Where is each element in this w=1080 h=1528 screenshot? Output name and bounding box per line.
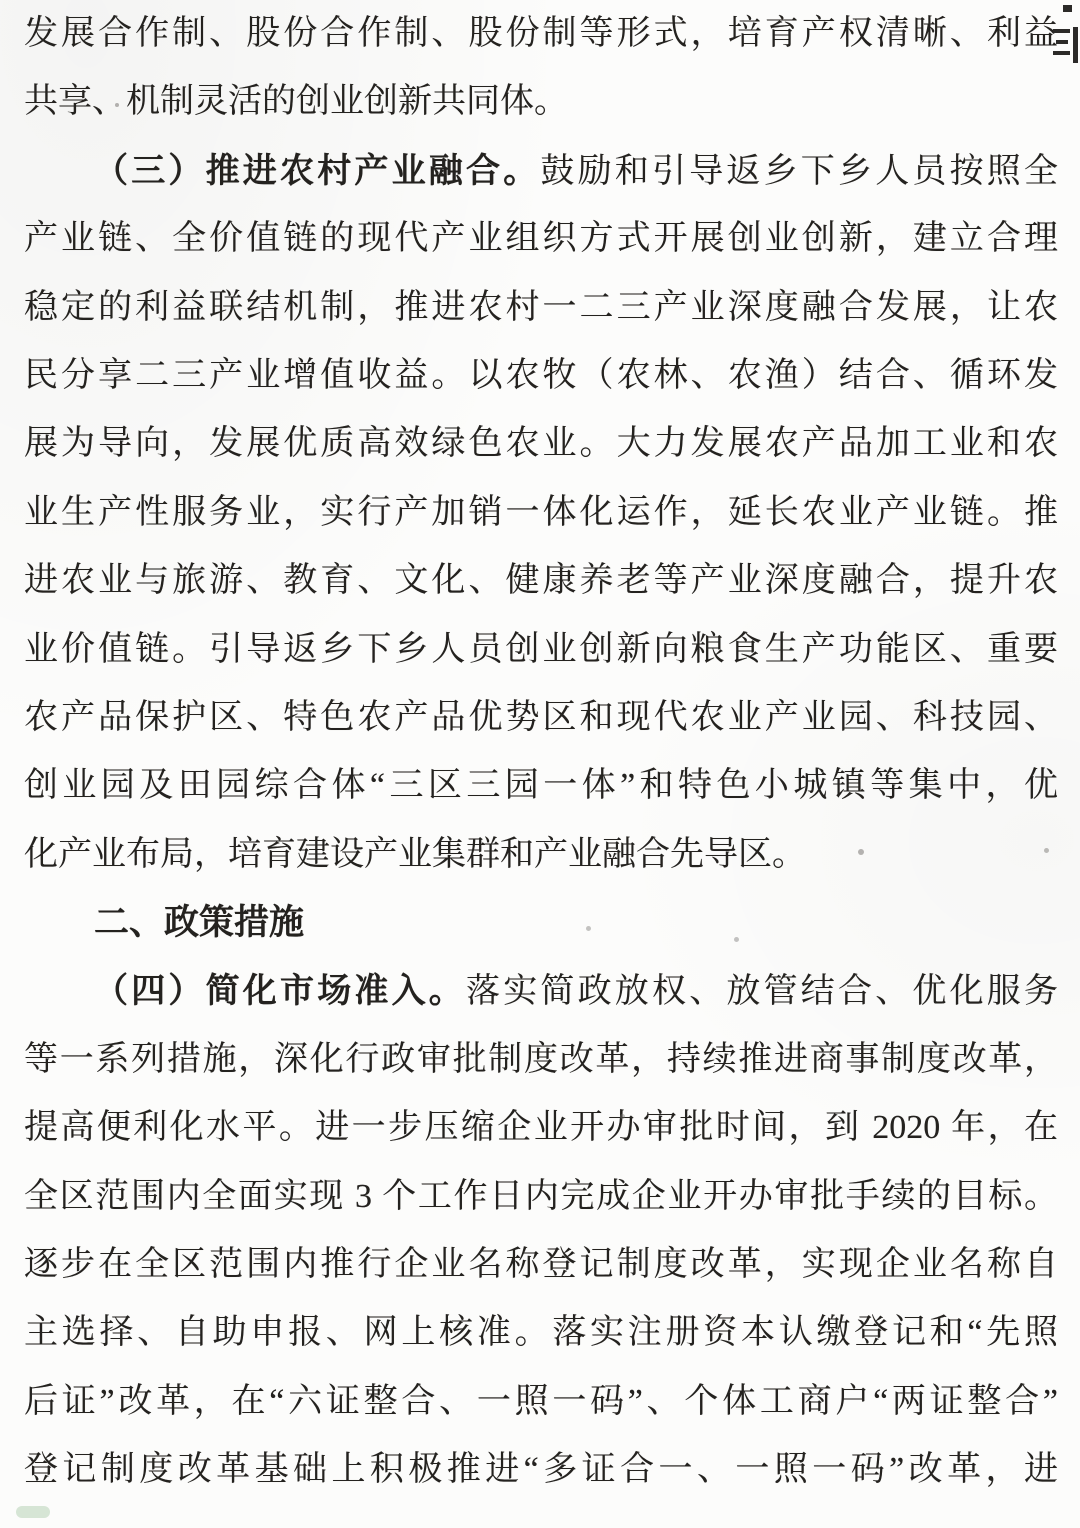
line-text: 业价值链。引导返乡下乡人员创业创新向粮食生产功能区、重要 xyxy=(24,631,1058,668)
text-line: （三）推进农村产业融合。鼓励和引导返乡下乡人员按照全 xyxy=(24,137,1058,205)
scan-speck xyxy=(1044,848,1049,853)
scan-speck xyxy=(858,849,864,855)
line-text: 落实简政放权、放管结合、优化服务 xyxy=(466,973,1058,1010)
line-text: 进农业与旅游、教育、文化、健康养老等产业深度融合，提升农 xyxy=(24,562,1058,599)
scan-artifact-fragment xyxy=(1053,51,1070,55)
line-text: 产业链、全价值链的现代产业组织方式开展创业创新，建立合理 xyxy=(24,220,1058,257)
text-line: 主选择、自助申报、网上核准。落实注册资本认缴登记和“先照 xyxy=(24,1299,1058,1367)
line-text: 稳定的利益联结机制，推进农村一二三产业深度融合发展，让农 xyxy=(24,289,1058,326)
text-line: 等一系列措施，深化行政审批制度改革，持续推进商事制度改革， xyxy=(24,1026,1058,1094)
line-text: 后证”改革，在“六证整合、一照一码”、个体工商户“两证整合” xyxy=(24,1383,1058,1420)
line-text: 发展合作制、股份合作制、股份制等形式，培育产权清晰、利益 xyxy=(24,15,1058,52)
section-2-heading: 二、政策措施 xyxy=(94,903,304,942)
scan-smudge xyxy=(16,1506,50,1518)
text-line: 全区范围内全面实现 3 个工作日内完成企业开办审批手续的目标。 xyxy=(24,1163,1058,1231)
text-line: 展为导向，发展优质高效绿色农业。大力发展农产品加工业和农 xyxy=(24,410,1058,478)
line-text: 逐步在全区范围内推行企业名称登记制度改革，实现企业名称自 xyxy=(24,1246,1058,1283)
section-3-heading: （三）推进农村产业融合。 xyxy=(94,152,540,190)
text-line: 后证”改革，在“六证整合、一照一码”、个体工商户“两证整合” xyxy=(24,1368,1058,1436)
line-text: 创业园及田园综合体“三区三园一体”和特色小城镇等集中，优 xyxy=(24,767,1058,804)
text-line: 发展合作制、股份合作制、股份制等形式，培育产权清晰、利益 xyxy=(24,0,1058,68)
section-4-heading: （四）简化市场准入。 xyxy=(94,972,466,1010)
scan-speck xyxy=(734,937,739,942)
line-text: 共享、机制灵活的创业创新共同体。 xyxy=(24,83,568,120)
scan-speck xyxy=(586,926,591,931)
text-line: 稳定的利益联结机制，推进农村一二三产业深度融合发展，让农 xyxy=(24,274,1058,342)
text-line: 业价值链。引导返乡下乡人员创业创新向粮食生产功能区、重要 xyxy=(24,616,1058,684)
scan-speck xyxy=(115,103,119,107)
text-line: 登记制度改革基础上积极推进“多证合一、一照一码”改革，进 xyxy=(24,1436,1058,1504)
scan-artifact-fragment xyxy=(1073,27,1078,63)
line-text: 等一系列措施，深化行政审批制度改革，持续推进商事制度改革， xyxy=(24,1041,1058,1078)
text-line: 共享、机制灵活的创业创新共同体。 xyxy=(24,68,1058,136)
line-text: 鼓励和引导返乡下乡人员按照全 xyxy=(540,153,1058,190)
line-text: 业生产性服务业，实行产加销一体化运作，延长农业产业链。推 xyxy=(24,494,1058,531)
text-line: 产业链、全价值链的现代产业组织方式开展创业创新，建立合理 xyxy=(24,205,1058,273)
line-text: 化产业布局，培育建设产业集群和产业融合先导区。 xyxy=(24,836,806,873)
text-line: 逐步在全区范围内推行企业名称登记制度改革，实现企业名称自 xyxy=(24,1231,1058,1299)
line-text: 展为导向，发展优质高效绿色农业。大力发展农产品加工业和农 xyxy=(24,425,1058,462)
text-line: （四）简化市场准入。落实简政放权、放管结合、优化服务 xyxy=(24,957,1058,1025)
document-body: 发展合作制、股份合作制、股份制等形式，培育产权清晰、利益 共享、机制灵活的创业创… xyxy=(0,0,1080,1505)
line-text: 主选择、自助申报、网上核准。落实注册资本认缴登记和“先照 xyxy=(24,1314,1058,1351)
scan-speck xyxy=(620,1114,625,1119)
scan-artifact-fragment xyxy=(1063,5,1072,12)
text-line: 农产品保护区、特色农产品优势区和现代农业产业园、科技园、 xyxy=(24,684,1058,752)
text-line: 民分享二三产业增值收益。以农牧（农林、农渔）结合、循环发 xyxy=(24,342,1058,410)
scan-artifact-fragment xyxy=(1056,40,1068,44)
section-2-heading-line: 二、政策措施 xyxy=(24,889,1058,957)
line-text: 全区范围内全面实现 3 个工作日内完成企业开办审批手续的目标。 xyxy=(24,1178,1058,1215)
line-text: 登记制度改革基础上积极推进“多证合一、一照一码”改革，进 xyxy=(24,1451,1058,1488)
line-text: 提高便利化水平。进一步压缩企业开办审批时间，到 2020 年，在 xyxy=(24,1109,1058,1146)
text-line: 业生产性服务业，实行产加销一体化运作，延长农业产业链。推 xyxy=(24,479,1058,547)
text-line: 创业园及田园综合体“三区三园一体”和特色小城镇等集中，优 xyxy=(24,752,1058,820)
text-line: 提高便利化水平。进一步压缩企业开办审批时间，到 2020 年，在 xyxy=(24,1094,1058,1162)
scan-artifact-fragment xyxy=(1053,29,1070,33)
text-line: 化产业布局，培育建设产业集群和产业融合先导区。 xyxy=(24,821,1058,889)
document-page: 发展合作制、股份合作制、股份制等形式，培育产权清晰、利益 共享、机制灵活的创业创… xyxy=(0,0,1080,1528)
line-text: 民分享二三产业增值收益。以农牧（农林、农渔）结合、循环发 xyxy=(24,357,1058,394)
text-line: 进农业与旅游、教育、文化、健康养老等产业深度融合，提升农 xyxy=(24,547,1058,615)
line-text: 农产品保护区、特色农产品优势区和现代农业产业园、科技园、 xyxy=(24,699,1058,736)
